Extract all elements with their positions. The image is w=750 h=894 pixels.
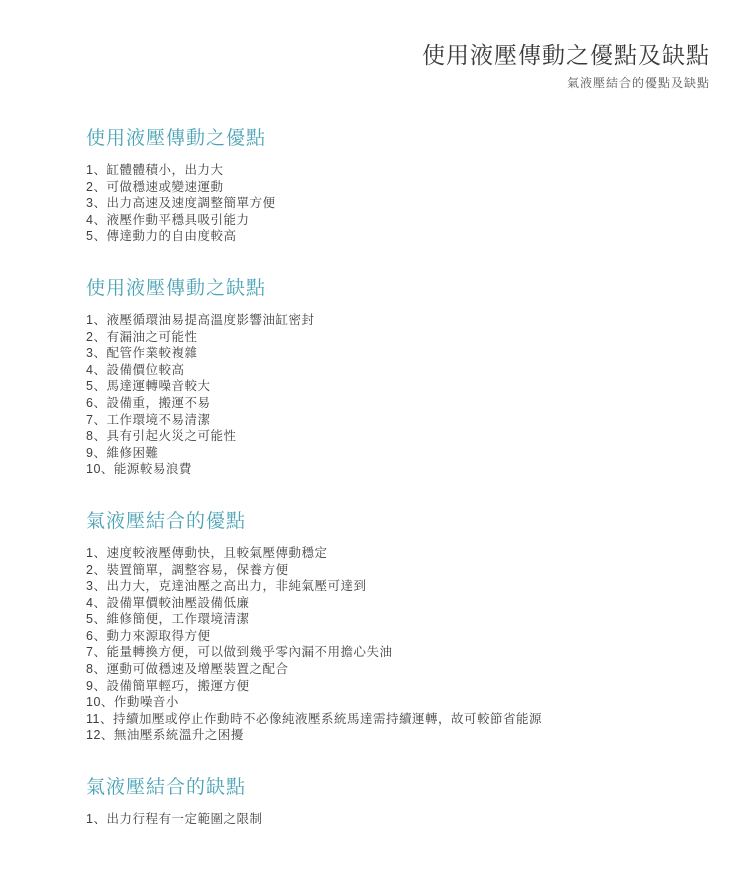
list-item: 1、液壓循環油易提高溫度影響油缸密封 <box>86 312 690 329</box>
list-item: 6、動力來源取得方便 <box>86 628 690 645</box>
section-item-list: 1、速度較液壓傳動快，且較氣壓傳動穩定 2、裝置簡單，調整容易，保養方便 3、出… <box>86 545 690 744</box>
document-header: 使用液壓傳動之優點及缺點 氣液壓結合的優點及缺點 <box>0 0 750 91</box>
list-item: 1、速度較液壓傳動快，且較氣壓傳動穩定 <box>86 545 690 562</box>
document-section: 使用液壓傳動之優點 1、缸體體積小，出力大 2、可做穩速或變速運動 3、出力高速… <box>86 128 690 245</box>
list-item: 5、傳達動力的自由度較高 <box>86 228 690 245</box>
list-item: 4、設備價位較高 <box>86 362 690 379</box>
page-subtitle: 氣液壓結合的優點及缺點 <box>0 76 710 91</box>
section-item-list: 1、液壓循環油易提高溫度影響油缸密封 2、有漏油之可能性 3、配管作業較複雜 4… <box>86 312 690 478</box>
document-page: 使用液壓傳動之優點及缺點 氣液壓結合的優點及缺點 使用液壓傳動之優點 1、缸體體… <box>0 0 750 894</box>
list-item: 8、運動可做穩速及增壓裝置之配合 <box>86 661 690 678</box>
list-item: 5、馬達運轉噪音較大 <box>86 378 690 395</box>
list-item: 8、具有引起火災之可能性 <box>86 428 690 445</box>
list-item: 7、工作環境不易清潔 <box>86 412 690 429</box>
document-section: 氣液壓結合的缺點 1、出力行程有一定範圍之限制 <box>86 777 690 828</box>
section-item-list: 1、缸體體積小，出力大 2、可做穩速或變速運動 3、出力高速及速度調整簡單方便 … <box>86 162 690 245</box>
list-item: 9、維修困難 <box>86 445 690 462</box>
list-item: 2、裝置簡單，調整容易，保養方便 <box>86 562 690 579</box>
section-item-list: 1、出力行程有一定範圍之限制 <box>86 811 690 828</box>
section-heading: 氣液壓結合的優點 <box>86 511 690 533</box>
list-item: 9、設備簡單輕巧，搬運方便 <box>86 678 690 695</box>
list-item: 1、出力行程有一定範圍之限制 <box>86 811 690 828</box>
list-item: 6、設備重，搬運不易 <box>86 395 690 412</box>
list-item: 3、出力高速及速度調整簡單方便 <box>86 195 690 212</box>
list-item: 2、可做穩速或變速運動 <box>86 179 690 196</box>
list-item: 3、配管作業較複雜 <box>86 345 690 362</box>
list-item: 7、能量轉換方便，可以做到幾乎零內漏不用擔心失油 <box>86 644 690 661</box>
list-item: 2、有漏油之可能性 <box>86 329 690 346</box>
section-heading: 氣液壓結合的缺點 <box>86 777 690 799</box>
page-title: 使用液壓傳動之優點及缺點 <box>0 42 710 69</box>
list-item: 4、設備單價較油壓設備低廉 <box>86 595 690 612</box>
list-item: 5、維修簡便，工作環境清潔 <box>86 611 690 628</box>
list-item: 11、持續加壓或停止作動時不必像純液壓系統馬達需持續運轉，故可較節省能源 <box>86 711 690 728</box>
list-item: 12、無油壓系統溫升之困擾 <box>86 727 690 744</box>
section-heading: 使用液壓傳動之缺點 <box>86 278 690 300</box>
list-item: 10、作動噪音小 <box>86 694 690 711</box>
section-heading: 使用液壓傳動之優點 <box>86 128 690 150</box>
document-body: 使用液壓傳動之優點 1、缸體體積小，出力大 2、可做穩速或變速運動 3、出力高速… <box>0 128 750 828</box>
list-item: 4、液壓作動平穩具吸引能力 <box>86 212 690 229</box>
document-section: 使用液壓傳動之缺點 1、液壓循環油易提高溫度影響油缸密封 2、有漏油之可能性 3… <box>86 278 690 478</box>
list-item: 10、能源較易浪費 <box>86 461 690 478</box>
list-item: 3、出力大，克達油壓之高出力，非純氣壓可達到 <box>86 578 690 595</box>
list-item: 1、缸體體積小，出力大 <box>86 162 690 179</box>
document-section: 氣液壓結合的優點 1、速度較液壓傳動快，且較氣壓傳動穩定 2、裝置簡單，調整容易… <box>86 511 690 744</box>
